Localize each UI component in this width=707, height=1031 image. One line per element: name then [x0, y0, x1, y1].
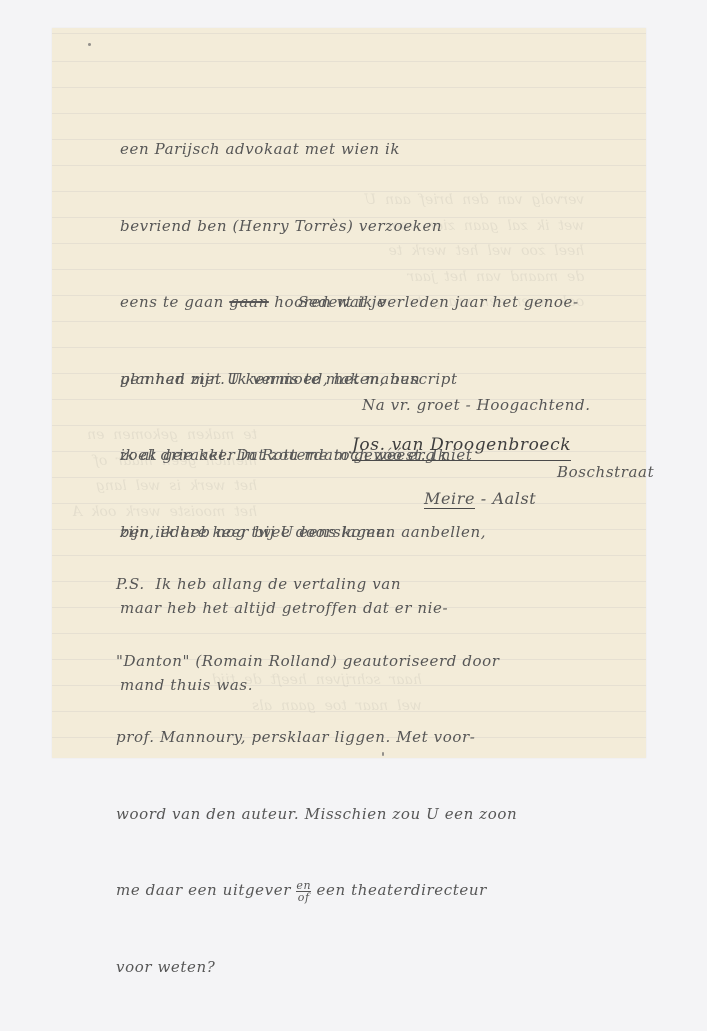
text-line: Sedert ik verleden jaar het genoe-: [120, 290, 579, 316]
signature-street: Boschstraat: [557, 460, 654, 486]
text-line: gen had met U kennis te maken, ben: [120, 367, 579, 393]
signature-town-underlined: Meire: [424, 489, 475, 509]
paper-speck: [88, 43, 91, 46]
text-line: P.S. Ik heb allang de vertaling van: [116, 572, 517, 598]
text-line: bevriend ben (Henry Torrès) verzoeken: [120, 214, 472, 240]
text-line: prof. Mannoury, persklaar liggen. Met vo…: [116, 725, 517, 751]
signature-town: Meire - Aalst: [424, 486, 536, 512]
letter-page: vervolg van den brief aan U wet ik zal g…: [52, 28, 646, 758]
letter-closing: Na vr. groet - Hoogachtend.: [362, 393, 591, 419]
text-line: "Danton" (Romain Rolland) geautoriseerd …: [116, 649, 517, 675]
text-line: een Parijsch advokaat met wien ik: [120, 137, 472, 163]
postscript: P.S. Ik heb allang de vertaling van "Dan…: [116, 521, 517, 800]
signature: Jos. van Droogenbroeck: [352, 433, 571, 461]
